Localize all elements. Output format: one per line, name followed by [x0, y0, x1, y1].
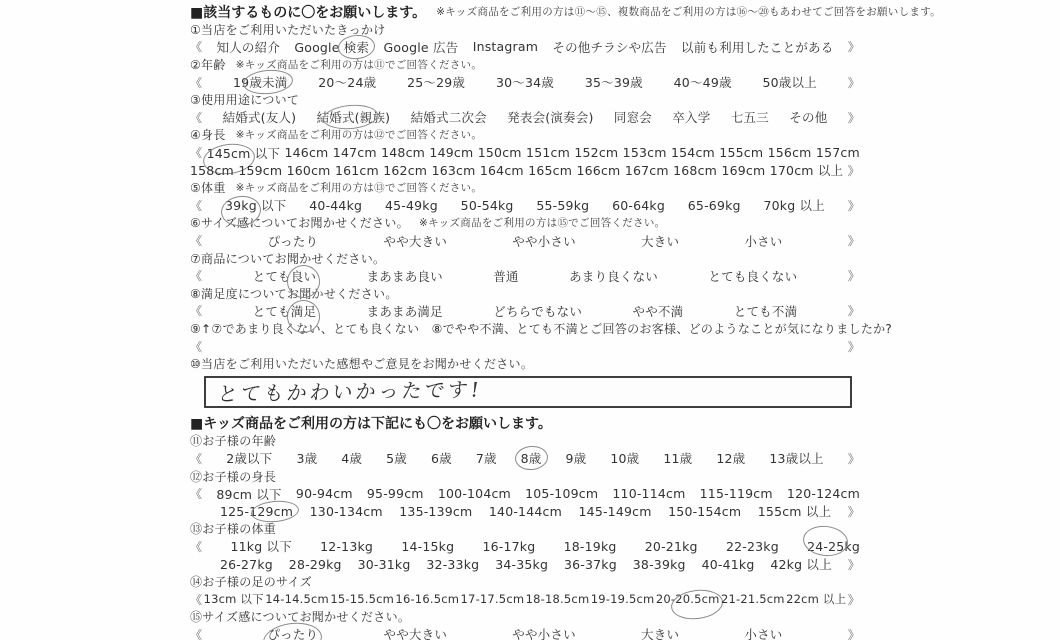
q13-option: 11kg 以下: [230, 537, 291, 555]
pen-circle-mark: ぴったり: [267, 625, 318, 640]
q4-option: 154cm: [671, 145, 715, 160]
q11-option: 4歳: [341, 449, 362, 467]
q1-option: Instagram: [473, 39, 538, 54]
q9-options-row-0: 《》: [190, 337, 860, 355]
q4-option: 152cm: [574, 145, 618, 160]
q4-option: 169cm: [721, 163, 765, 178]
bracket-close: 》: [848, 503, 860, 520]
q11-option: 9歳: [566, 449, 587, 467]
q12-title: ⑫お子様の身長: [190, 468, 276, 485]
q15-title-line: ⑮サイズ感についてお聞かせください。: [190, 608, 860, 626]
pen-circle-mark: 婚式(親: [329, 108, 372, 126]
pen-circle-mark: 145cm: [207, 146, 251, 161]
q4-option: 151cm: [526, 145, 570, 160]
q7-title: ⑦商品についてお聞かせください。: [190, 250, 385, 267]
bracket-close: 》: [848, 267, 860, 284]
q4-option: 163cm: [432, 163, 476, 178]
q14-option: 16-16.5cm: [395, 592, 459, 606]
q5-option: 55-59kg: [536, 198, 589, 213]
q1-option-circled: Google 検索: [294, 38, 369, 56]
q15-option: やや大きい: [384, 625, 448, 640]
q13-option: 28-29kg: [289, 557, 342, 572]
q14-option-circled: 20-20.5cm: [656, 592, 720, 606]
q11-option: 11歳: [663, 449, 692, 467]
q12-option: 120-124cm: [787, 486, 860, 501]
q12-options-row-0: 《89cm 以下90-94cm95-99cm100-104cm105-109cm…: [190, 485, 860, 503]
q8-title-line: ⑧満足度についてお聞かせください。: [190, 285, 860, 303]
q8-option-circled: とても満足: [253, 302, 317, 320]
q12-option: 110-114cm: [612, 486, 685, 501]
bracket-close: 》: [848, 109, 860, 126]
pen-circle-mark: 24-25: [807, 539, 844, 554]
q12-option: 145-149cm: [579, 504, 652, 519]
bracket-close: 》: [848, 232, 860, 249]
q5-option: 65-69kg: [688, 198, 741, 213]
bracket-open: 《: [190, 197, 202, 214]
q15-option: やや小さい: [512, 625, 576, 640]
bracket-open: 《: [190, 591, 202, 608]
q13-title: ⑬お子様の体重: [190, 520, 276, 537]
q15-title: ⑮サイズ感についてお聞かせください。: [190, 608, 410, 625]
bracket-open: 《: [190, 450, 202, 467]
q7-options-row-0: 《とても良いまあまあ良い普通あまり良くないとても良くない》: [190, 267, 860, 285]
q6-note: ※キッズ商品をご利用の方は⑮でご回答ください。: [419, 215, 666, 230]
q4-option: 156cm: [768, 145, 812, 160]
q14-option: 22cm 以上: [786, 591, 846, 607]
q5-option: 45-49kg: [385, 198, 438, 213]
q8-option: まあまあ満足: [367, 302, 443, 320]
kids-question-list: ⑪お子様の年齢《2歳以下3歳4歳5歳6歳7歳8歳9歳10歳11歳12歳13歳以上…: [190, 432, 860, 640]
q1-options-row-0: 《知人の紹介Google 検索Google 広告Instagramその他チラシや…: [190, 38, 860, 56]
q4-title-line: ④身長※キッズ商品をご利用の方は⑫でご回答ください。: [190, 126, 860, 144]
q12-options-row-1: 125-129cm130-134cm135-139cm140-144cm145-…: [190, 502, 860, 520]
q5-options-row-0: 《39kg 以下40-44kg45-49kg50-54kg55-59kg60-6…: [190, 197, 860, 215]
q4-option: 160cm: [287, 163, 331, 178]
bracket-close: 》: [848, 302, 860, 319]
bracket-close: 》: [848, 74, 860, 91]
q15-option: 大きい: [641, 625, 679, 640]
q2-options-row-0: 《19歳未満20〜24歳25〜29歳30〜34歳35〜39歳40〜49歳50歳以…: [190, 73, 860, 91]
q12-option: 105-109cm: [525, 486, 598, 501]
q13-option: 18-19kg: [564, 539, 617, 554]
q1-option: その他チラシや広告: [552, 38, 666, 56]
q12-option: 115-119cm: [700, 486, 773, 501]
handwritten-answer: とてもかわいかったです!: [216, 373, 484, 407]
q6-option: やや小さい: [512, 232, 576, 250]
pen-circle-mark: 歳未満: [249, 73, 287, 91]
q4-option: 164cm: [480, 163, 524, 178]
bracket-open: 《: [190, 74, 202, 91]
bracket-close: 》: [848, 338, 860, 355]
q7-option: あまり良くない: [569, 267, 658, 285]
q2-title: ②年齢: [190, 56, 226, 73]
q9-title: ⑨↑⑦であまり良くない、とても良くない ⑧でやや不満、とても不満とご回答のお客様…: [190, 320, 892, 337]
pen-circle-mark: 良い: [291, 267, 316, 285]
q13-option: 32-33kg: [426, 557, 479, 572]
bracket-close: 》: [848, 556, 860, 573]
q14-option: 14-14.5cm: [265, 592, 329, 606]
q14-title: ⑭お子様の足のサイズ: [190, 573, 312, 590]
pen-circle-mark: 39kg: [225, 198, 257, 213]
q2-option: 50歳以上: [763, 73, 817, 91]
q2-title-line: ②年齢※キッズ商品をご利用の方は⑪でご回答ください。: [190, 56, 860, 74]
bracket-open: 《: [190, 232, 202, 249]
q12-option: 100-104cm: [438, 486, 511, 501]
q14-options-row-0: 《13cm 以下14-14.5cm15-15.5cm16-16.5cm17-17…: [190, 590, 860, 608]
q14-option: 21-21.5cm: [721, 592, 785, 606]
q2-option: 35〜39歳: [585, 73, 643, 91]
kids-header-title: ■キッズ商品をご利用の方は下記にも〇をお願いします。: [190, 413, 552, 433]
q1-option: 以前も利用したことがある: [681, 38, 833, 56]
bracket-close: 》: [848, 626, 860, 640]
q4-option: 155cm: [719, 145, 763, 160]
q2-option: 30〜34歳: [496, 73, 554, 91]
q9-title-line: ⑨↑⑦であまり良くない、とても良くない ⑧でやや不満、とても不満とご回答のお客様…: [190, 320, 860, 338]
q14-option: 13cm 以下: [204, 591, 264, 607]
q8-option: とても不満: [734, 302, 798, 320]
q7-option: 普通: [493, 267, 518, 285]
q4-option: 159cm: [238, 163, 282, 178]
q4-option: 168cm: [673, 163, 717, 178]
q6-option: 小さい: [744, 232, 782, 250]
q1-option: Google 広告: [384, 38, 459, 56]
q11-title-line: ⑪お子様の年齢: [190, 432, 860, 450]
q15-option-circled: ぴったり: [267, 625, 318, 640]
q13-option-circled: 24-25kg: [807, 539, 860, 554]
pen-circle-mark: 29cm: [257, 504, 293, 519]
q14-option: 15-15.5cm: [330, 592, 394, 606]
q4-note: ※キッズ商品をご利用の方は⑫でご回答ください。: [236, 127, 483, 142]
pen-circle-mark: 8歳: [521, 449, 542, 467]
q15-options-row-0: 《ぴったりやや大きいやや小さい大きい小さい》: [190, 626, 860, 640]
free-response-box: とてもかわいかったです!: [204, 376, 852, 408]
bracket-close: 》: [848, 38, 860, 55]
q10-title: ⑩当店をご利用いただいた感想やご意見をお聞かせください。: [190, 355, 533, 372]
bracket-open: 《: [190, 538, 202, 555]
q7-option: とても良くない: [708, 267, 797, 285]
q13-option: 38-39kg: [633, 557, 686, 572]
main-question-list: ①当店をご利用いただいたきっかけ《知人の紹介Google 検索Google 広告…: [190, 21, 860, 355]
q4-option-circled: 145cm 以下: [207, 144, 281, 162]
q8-option: どちらでもない: [493, 302, 582, 320]
q5-title-line: ⑤体重※キッズ商品をご利用の方は⑬でご回答ください。: [190, 179, 860, 197]
scanned-survey-form: ■該当するものに〇をお願いします。 ※キッズ商品をご利用の方は⑪〜⑮、複数商品を…: [0, 0, 1060, 640]
q2-option-circled: 19歳未満: [233, 73, 287, 91]
q4-title: ④身長: [190, 126, 226, 143]
q5-note: ※キッズ商品をご利用の方は⑬でご回答ください。: [236, 180, 483, 195]
q11-title: ⑪お子様の年齢: [190, 432, 276, 449]
q4-option: 153cm: [623, 145, 667, 160]
q4-option: 162cm: [383, 163, 427, 178]
form-header-title: ■該当するものに〇をお願いします。: [190, 2, 426, 22]
q12-option: 95-99cm: [367, 486, 424, 501]
q15-option: 小さい: [744, 625, 782, 640]
q3-option: 結婚式二次会: [411, 108, 487, 126]
bracket-open: 《: [190, 485, 202, 502]
q3-options-row-0: 《結婚式(友人)結婚式(親族)結婚式二次会発表会(演奏会)同窓会卒入学七五三その…: [190, 109, 860, 127]
q12-option: 89cm 以下: [216, 485, 281, 503]
q8-option: やや不満: [633, 302, 684, 320]
q3-option: 発表会(演奏会): [507, 108, 593, 126]
q11-option-circled: 8歳: [521, 449, 542, 467]
q4-option: 157cm: [816, 145, 860, 160]
q5-option: 70kg 以上: [763, 196, 824, 214]
q7-option: まあまあ良い: [367, 267, 443, 285]
q6-option: ぴったり: [267, 232, 318, 250]
q13-option: 12-13kg: [320, 539, 373, 554]
q2-option: 20〜24歳: [318, 73, 376, 91]
bracket-open: 《: [190, 109, 202, 126]
q11-option: 7歳: [476, 449, 497, 467]
q7-option-circled: とても良い: [253, 267, 317, 285]
pen-circle-mark: 満足: [291, 302, 316, 320]
q3-option: 同窓会: [614, 108, 652, 126]
q13-option: 14-15kg: [401, 539, 454, 554]
q11-option: 12歳: [716, 449, 745, 467]
q4-option: 147cm: [333, 145, 377, 160]
q8-options-row-0: 《とても満足まあまあ満足どちらでもないやや不満とても不満》: [190, 302, 860, 320]
bracket-open: 《: [190, 626, 202, 640]
q13-option: 40-41kg: [702, 557, 755, 572]
bracket-open: 《: [190, 267, 202, 284]
q11-option: 5歳: [386, 449, 407, 467]
bracket-open: 《: [190, 338, 202, 355]
q11-options-row-0: 《2歳以下3歳4歳5歳6歳7歳8歳9歳10歳11歳12歳13歳以上》: [190, 450, 860, 468]
q13-option: 30-31kg: [358, 557, 411, 572]
q12-option-circled: 125-129cm: [220, 504, 293, 519]
q5-option-circled: 39kg 以下: [225, 196, 286, 214]
pen-circle-mark: 検索: [344, 38, 369, 56]
q10-title-line: ⑩当店をご利用いただいた感想やご意見をお聞かせください。: [190, 355, 860, 373]
bracket-close: 》: [848, 197, 860, 214]
q6-option: 大きい: [641, 232, 679, 250]
q14-title-line: ⑭お子様の足のサイズ: [190, 573, 860, 591]
q4-option: 148cm: [381, 145, 425, 160]
q5-option: 50-54kg: [461, 198, 514, 213]
q4-option: 170cm 以上: [770, 161, 843, 179]
kids-header-line: ■キッズ商品をご利用の方は下記にも〇をお願いします。: [190, 414, 860, 432]
q4-option: 165cm: [528, 163, 572, 178]
q14-option: 19-19.5cm: [591, 592, 655, 606]
bracket-close: 》: [848, 450, 860, 467]
q3-option: 七五三: [731, 108, 769, 126]
q12-option: 140-144cm: [489, 504, 562, 519]
q1-option: 知人の紹介: [217, 38, 281, 56]
q12-title-line: ⑫お子様の身長: [190, 467, 860, 485]
q4-option: 166cm: [577, 163, 621, 178]
q5-option: 40-44kg: [309, 198, 362, 213]
q13-option: 16-17kg: [482, 539, 535, 554]
q4-option: 161cm: [335, 163, 379, 178]
q4-option: 167cm: [625, 163, 669, 178]
bracket-close: 》: [848, 591, 860, 608]
q13-option: 34-35kg: [495, 557, 548, 572]
q11-option: 6歳: [431, 449, 452, 467]
q13-option: 36-37kg: [564, 557, 617, 572]
q7-title-line: ⑦商品についてお聞かせください。: [190, 249, 860, 267]
q11-option: 2歳以下: [226, 449, 272, 467]
q13-title-line: ⑬お子様の体重: [190, 520, 860, 538]
q4-option: 146cm: [284, 145, 328, 160]
form-content: ■該当するものに〇をお願いします。 ※キッズ商品をご利用の方は⑪〜⑮、複数商品を…: [190, 3, 860, 640]
q13-option: 42kg 以上: [770, 555, 831, 573]
q13-options-row-0: 《11kg 以下12-13kg14-15kg16-17kg18-19kg20-2…: [190, 538, 860, 556]
q3-option: 結婚式(友人): [223, 108, 297, 126]
q12-option: 150-154cm: [668, 504, 741, 519]
q12-option: 90-94cm: [296, 486, 353, 501]
q2-note: ※キッズ商品をご利用の方は⑪でご回答ください。: [236, 57, 483, 72]
q2-option: 25〜29歳: [407, 73, 465, 91]
q12-option: 155cm 以上: [758, 502, 831, 520]
q5-title: ⑤体重: [190, 179, 226, 196]
q12-option: 130-134cm: [310, 504, 383, 519]
q14-option: 17-17.5cm: [461, 592, 525, 606]
q3-title: ③使用用途について: [190, 91, 299, 108]
form-header-line: ■該当するものに〇をお願いします。 ※キッズ商品をご利用の方は⑪〜⑮、複数商品を…: [190, 3, 860, 21]
q11-option: 3歳: [296, 449, 317, 467]
q11-option: 10歳: [610, 449, 639, 467]
q4-options-row-0: 《145cm 以下146cm147cm148cm149cm150cm151cm1…: [190, 144, 860, 162]
q13-options-row-1: 26-27kg28-29kg30-31kg32-33kg34-35kg36-37…: [190, 555, 860, 573]
q6-title-line: ⑥サイズ感についてお聞かせください。※キッズ商品をご利用の方は⑮でご回答ください…: [190, 214, 860, 232]
q1-title: ①当店をご利用いただいたきっかけ: [190, 21, 386, 38]
q3-option-circled: 結婚式(親族): [317, 108, 391, 126]
q13-option: 22-23kg: [726, 539, 779, 554]
q4-option: 149cm: [429, 145, 473, 160]
q6-title: ⑥サイズ感についてお聞かせください。: [190, 214, 409, 231]
bracket-open: 《: [190, 144, 202, 161]
q3-option: 卒入学: [672, 108, 710, 126]
q6-option: やや大きい: [384, 232, 448, 250]
q11-option: 13歳以上: [769, 449, 823, 467]
q4-options-row-1: 158cm159cm160cm161cm162cm163cm164cm165cm…: [190, 161, 860, 179]
bracket-close: 》: [848, 162, 860, 179]
q1-title-line: ①当店をご利用いただいたきっかけ: [190, 21, 860, 39]
bracket-open: 《: [190, 302, 202, 319]
q4-option: 150cm: [478, 145, 522, 160]
q2-option: 40〜49歳: [674, 73, 732, 91]
bracket-open: 《: [190, 38, 202, 55]
q4-option: 158cm: [190, 163, 234, 178]
pen-circle-mark: 20.5cm: [675, 592, 719, 606]
q14-option: 18-18.5cm: [526, 592, 590, 606]
q5-option: 60-64kg: [612, 198, 665, 213]
q12-option: 135-139cm: [399, 504, 472, 519]
q13-option: 20-21kg: [645, 539, 698, 554]
q13-option: 26-27kg: [220, 557, 273, 572]
q3-option: その他: [789, 108, 827, 126]
q8-title: ⑧満足度についてお聞かせください。: [190, 285, 398, 302]
q6-options-row-0: 《ぴったりやや大きいやや小さい大きい小さい》: [190, 232, 860, 250]
q3-title-line: ③使用用途について: [190, 91, 860, 109]
form-header-note: ※キッズ商品をご利用の方は⑪〜⑮、複数商品をご利用の方は⑯〜⑳もあわせてご回答を…: [436, 4, 941, 19]
